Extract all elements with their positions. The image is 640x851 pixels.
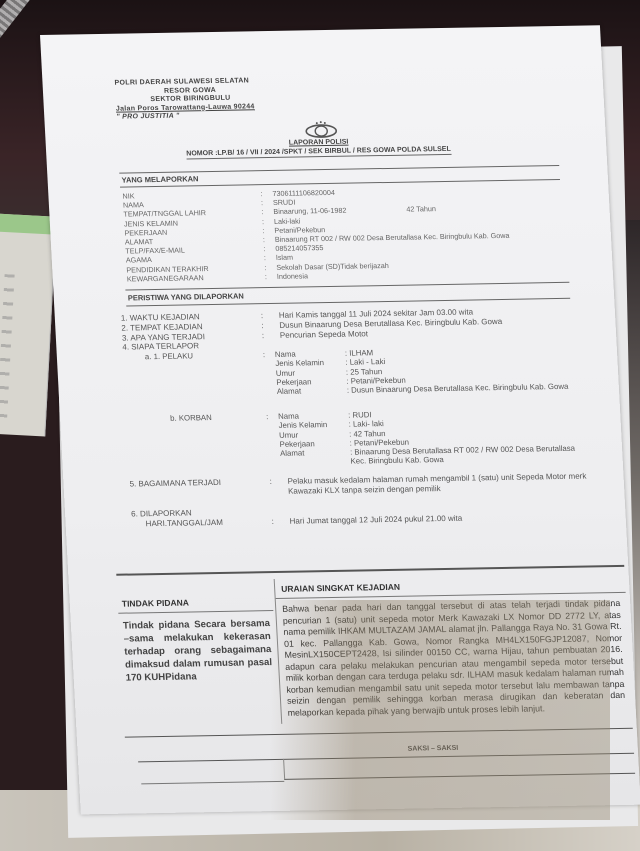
divider	[125, 728, 633, 738]
chronology-column: URAIAN SINGKAT KEJADIAN Bahwa benar pada…	[274, 573, 633, 724]
person-field-label	[280, 457, 350, 468]
field-extra: 42 Tahun	[406, 205, 436, 215]
korban-label: b. KORBAN	[170, 413, 212, 423]
person-field-label: Alamat	[277, 386, 347, 397]
field-value: SRUDI	[273, 198, 296, 208]
offense-text: Tindak pidana Secara bersama –sama melak…	[118, 611, 277, 691]
witnesses-header: SAKSI – SAKSI	[407, 745, 458, 753]
field-value: Islam	[276, 253, 294, 262]
field-value: Indonesia	[277, 271, 309, 281]
offense-header: TINDAK PIDANA	[117, 591, 273, 614]
offense-column: TINDAK PIDANA Tindak pidana Secara bersa…	[117, 591, 277, 691]
divider	[284, 773, 635, 780]
divider	[119, 165, 559, 174]
field-label: KEWARGANEGARAAN	[127, 272, 265, 284]
side-paper	[0, 214, 57, 437]
field-value: Binaarung, 11-06-1982	[273, 206, 346, 216]
reporter-fields: NIK:7306111106820004NAMA:SRUDITEMPAT/TNG…	[122, 185, 511, 284]
person-field-value: Kec. Biringbulu Kab. Gowa	[350, 456, 444, 467]
person-field-value: : RUDI	[348, 410, 372, 420]
letterhead: POLRI DAERAH SULAWESI SELATAN RESOR GOWA…	[114, 77, 266, 122]
reporter-section-title: YANG MELAPORKAN	[121, 174, 198, 184]
field-value: 7306111106820004	[272, 188, 335, 198]
korban-fields: Nama: RUDIJenis Kelamin: Laki- lakiUmur:…	[278, 407, 576, 468]
chronology-text: Bahwa benar pada hari dan tanggal terseb…	[276, 593, 632, 724]
divider	[138, 753, 634, 763]
letterhead-tagline: " PRO JUSTITIA "	[116, 111, 266, 122]
field-value: Laki-laki	[274, 216, 301, 226]
polri-emblem-icon	[303, 120, 340, 139]
column-divider	[283, 759, 285, 779]
pelaku-fields: Nama: ILHAMJenis Kelamin: Laki - LakiUmu…	[275, 345, 569, 397]
field-value: Sekolah Dasar (SD)Tidak berijazah	[276, 261, 389, 272]
pelaku-label: a. 1. PELAKU	[145, 351, 194, 361]
field-value: 085214057355	[275, 243, 323, 253]
reported-time: 6. DILAPORKAN HARI.TANGGAL/JAM : Hari Ju…	[131, 504, 463, 529]
how-it-happened: 5. BAGAIMANA TERJADI : Pelaku masuk keda…	[129, 472, 587, 500]
divider	[141, 781, 284, 784]
police-report-page: POLRI DAERAH SULAWESI SELATAN RESOR GOWA…	[40, 25, 640, 814]
report-title: LAPORAN POLISI	[289, 139, 349, 147]
report-number: NOMOR :LP.B/ 16 / VII / 2024 /SPKT / SEK…	[186, 146, 451, 160]
divider	[125, 282, 569, 291]
event-section-title: PERISTIWA YANG DILAPORKAN	[128, 291, 244, 302]
event-items: 1. WAKTU KEJADIAN:Hari Kamis tanggal 11 …	[121, 307, 504, 353]
event-value: Pencurian Sepeda Motot	[280, 329, 369, 340]
person-field-value: : ILHAM	[345, 348, 374, 358]
